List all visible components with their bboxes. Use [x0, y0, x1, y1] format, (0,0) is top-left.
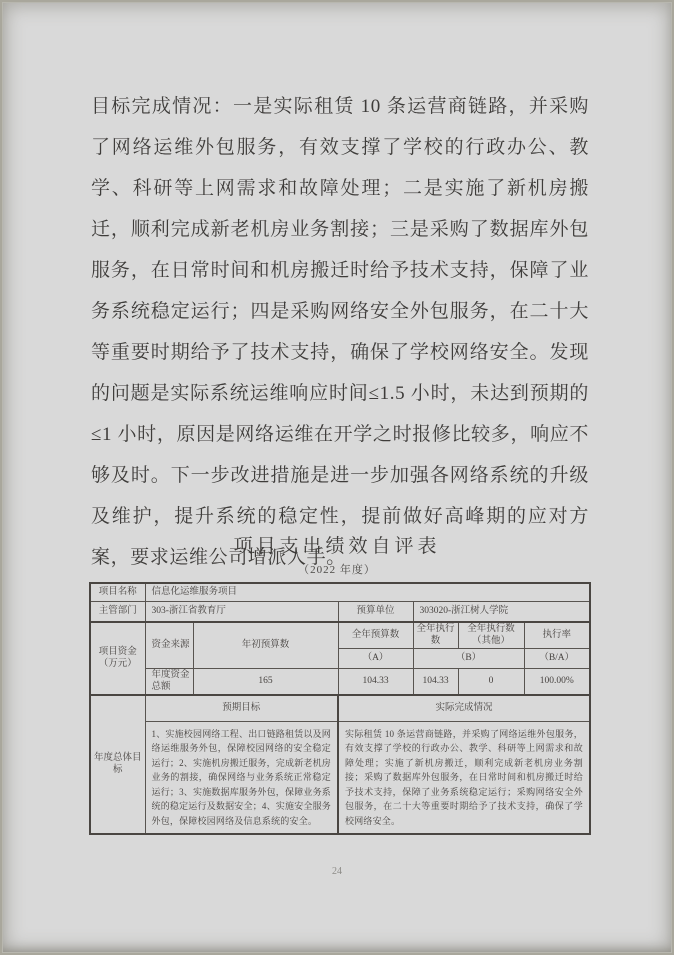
page-number: 24: [2, 866, 672, 877]
table-row: 项目资金（万元） 资金来源 年初预算数 全年预算数 全年执行数 全年执行数（其他…: [90, 622, 590, 649]
project-name-label: 项目名称: [90, 583, 145, 601]
annual-total-label: 年度资金总额: [145, 669, 193, 696]
table-title: 项目支出绩效自评表: [2, 531, 672, 558]
budget-unit-label: 预算单位: [338, 601, 413, 622]
actual-completion-text: 实际租赁 10 条运营商链路，并采购了网络运维外包服务，有效支撑了学校的行政办公…: [338, 721, 590, 834]
project-name-value: 信息化运维服务项目: [145, 583, 590, 601]
annual-budget-value: 104.33: [338, 669, 413, 696]
annual-exec-value: 104.33: [413, 669, 458, 696]
a-label: （A）: [338, 649, 413, 669]
expected-goal-label: 预期目标: [145, 695, 338, 721]
annual-exec-other-label: 全年执行数（其他）: [458, 622, 524, 649]
expected-goal-text: 1、实施校园网络工程、出口链路租赁以及网络运维服务外包，保障校园网络的安全稳定运…: [145, 721, 338, 834]
exec-rate-label: 执行率: [524, 622, 590, 649]
dept-value: 303-浙江省教育厅: [145, 601, 338, 622]
body-paragraph: 目标完成情况：一是实际租赁 10 条运营商链路，并采购了网络运维外包服务，有效支…: [91, 86, 589, 578]
exec-rate-value: 100.00%: [524, 669, 590, 696]
ba-label: （B/A）: [524, 649, 590, 669]
scanned-document-page: 目标完成情况：一是实际租赁 10 条运营商链路，并采购了网络运维外包服务，有效支…: [2, 2, 672, 953]
b-label: （B）: [413, 649, 524, 669]
initial-budget-value: 165: [193, 669, 338, 696]
dept-label: 主管部门: [90, 601, 145, 622]
table-row: 项目名称 信息化运维服务项目: [90, 583, 590, 601]
self-evaluation-table: 项目名称 信息化运维服务项目 主管部门 303-浙江省教育厅 预算单位 3030…: [89, 582, 591, 835]
annual-goal-label: 年度总体目标: [90, 695, 145, 834]
fund-source-label: 资金来源: [145, 622, 193, 669]
table-subtitle: （2022 年度）: [2, 561, 672, 577]
table-row: 1、实施校园网络工程、出口链路租赁以及网络运维服务外包，保障校园网络的安全稳定运…: [90, 721, 590, 834]
table-row: 主管部门 303-浙江省教育厅 预算单位 303020-浙江树人学院: [90, 601, 590, 622]
annual-budget-label: 全年预算数: [338, 622, 413, 649]
table-row: 年度总体目标 预期目标 实际完成情况: [90, 695, 590, 721]
table-row: 年度资金总额 165 104.33 104.33 0 100.00%: [90, 669, 590, 696]
budget-unit-value: 303020-浙江树人学院: [413, 601, 590, 622]
annual-exec-other-value: 0: [458, 669, 524, 696]
actual-completion-label: 实际完成情况: [338, 695, 590, 721]
annual-exec-label: 全年执行数: [413, 622, 458, 649]
initial-budget-label: 年初预算数: [193, 622, 338, 669]
funds-label: 项目资金（万元）: [90, 622, 145, 695]
